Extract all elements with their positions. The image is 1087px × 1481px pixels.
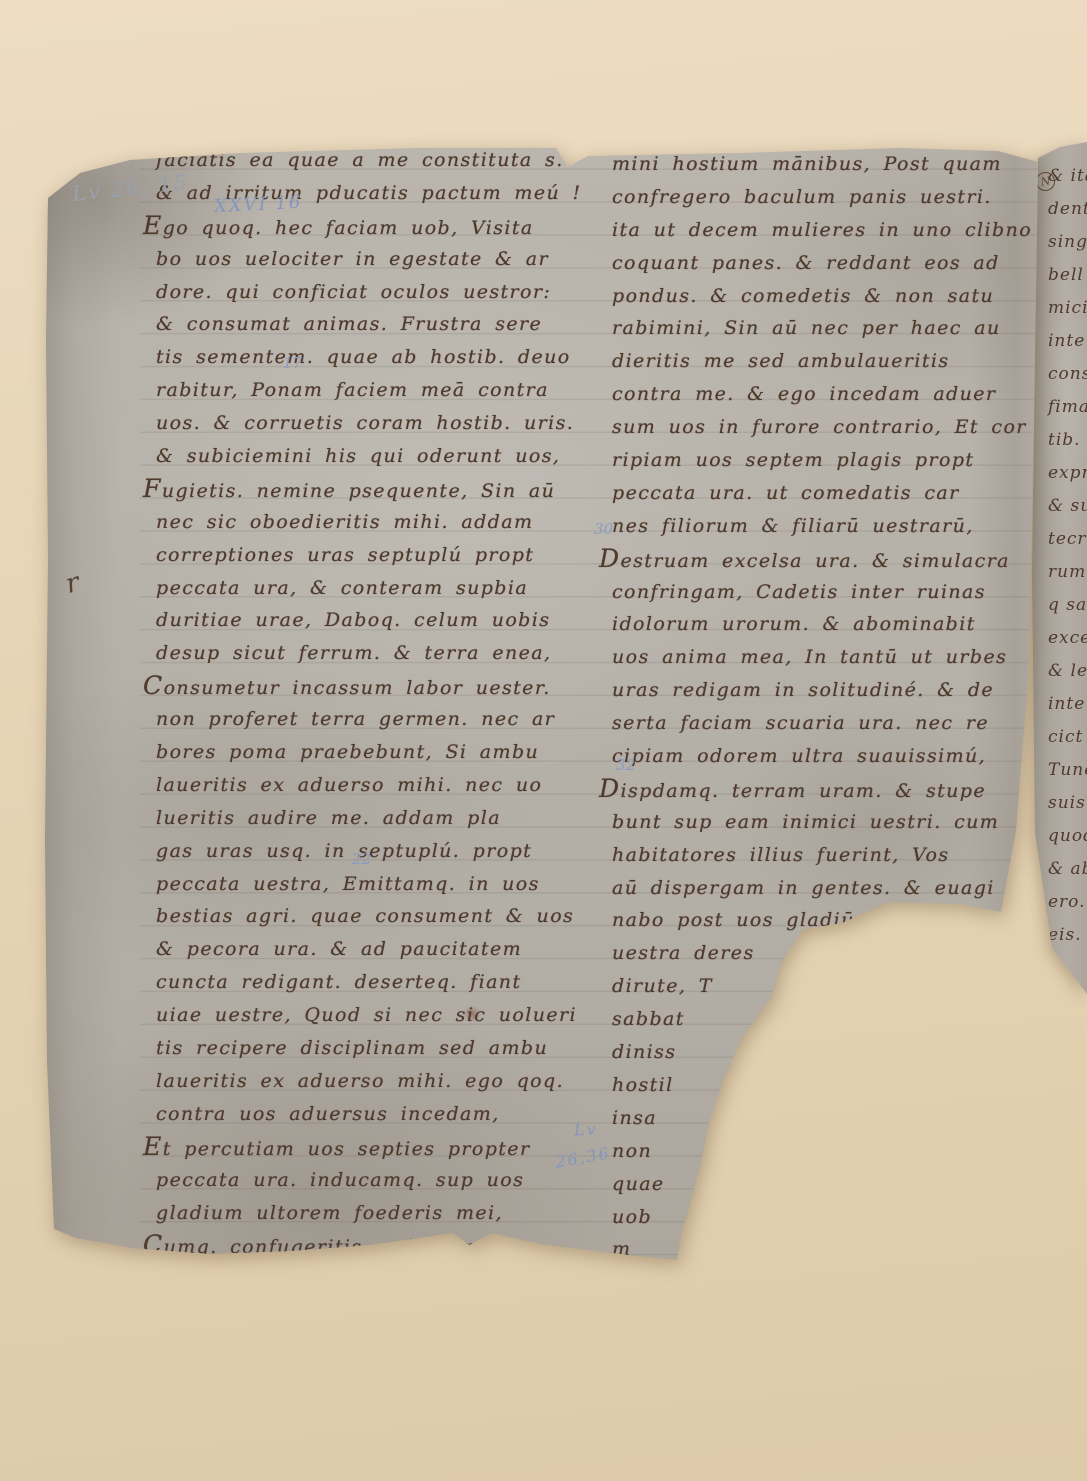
manuscript-text-line: dieritis me sed ambulaueritis (612, 345, 1040, 378)
main-leaf-wrap: faciatis ea quae a me constituta s.& ad … (0, 0, 1087, 1481)
manuscript-text-line: peccata uestra, Emittamq. in uos (156, 868, 611, 901)
manuscript-text-line: desup sicut ferrum. & terra enea, (156, 637, 611, 670)
manuscript-text-line: uob (612, 1201, 1040, 1234)
manuscript-text-line: non (612, 1135, 1040, 1168)
manuscript-text-line: serta faciam scuaria ura. nec re (612, 707, 1040, 740)
verse-number-30: 30 (594, 520, 613, 538)
manuscript-text-line: idolorum urorum. & abominabit (612, 608, 1040, 641)
manuscript-text-line: duritiae urae, Daboq. celum uobis (156, 604, 611, 637)
manuscript-text-line: diniss (612, 1036, 1040, 1069)
manuscript-text-line: uiae uestre, Quod si nec sic uolueri (156, 999, 611, 1032)
manuscript-text-line: sum uos in furore contrario, Et cor (612, 411, 1040, 444)
manuscript-text-line: coquant panes. & reddant eos ad (612, 247, 1040, 280)
verse-number-32: 32 (616, 756, 635, 774)
manuscript-text-line: lueritis audire me. addam pla (156, 802, 611, 835)
manuscript-text-line: quae (612, 1168, 1040, 1201)
manuscript-text-line: tis sementem. quae ab hostib. deuo (156, 341, 611, 374)
manuscript-text-line: bestias agri. quae consument & uos (156, 900, 611, 933)
manuscript-photo: N & itadentsingbellmiciinteconsfimatib.e… (0, 0, 1087, 1481)
manuscript-text-line: nabo post uos gladiū, erit (612, 904, 1040, 937)
manuscript-text-line: hostil (612, 1069, 1040, 1102)
manuscript-text-line: laueritis ex aduerso mihi. nec uo (156, 769, 611, 802)
manuscript-text-line: confregero baculum panis uestri. (612, 181, 1040, 214)
bottom-book-annotation: Lv (574, 1119, 599, 1139)
manuscript-text-line: & pecora ura. & ad paucitatem (156, 933, 611, 966)
manuscript-text-line: Dispdamq. terram uram. & stupe (599, 773, 1040, 806)
manuscript-text-line: Et percutiam uos septies propter (143, 1131, 611, 1164)
manuscript-text-line: laueritis ex aduerso mihi. ego qoq. (156, 1065, 611, 1098)
manuscript-text-line: & subiciemini his qui oderunt uos, (156, 440, 611, 473)
manuscript-text-line: m (612, 1233, 1040, 1266)
manuscript-text-line: uras redigam in solitudiné. & de (612, 674, 1040, 707)
manuscript-text-line: contra me. & ego incedam aduer (612, 378, 1040, 411)
manuscript-text-line: nec sic oboedieritis mihi. addam (156, 506, 611, 539)
manuscript-text-line: bo uos uelociter in egestate & ar (156, 243, 611, 276)
manuscript-text-line: Destruam excelsa ura. & simulacra (599, 543, 1040, 576)
manuscript-text-line: ripiam uos septem plagis propt (612, 444, 1040, 477)
manuscript-text-line: contra uos aduersus incedam, (156, 1098, 611, 1131)
manuscript-text-line: dirute, T (612, 970, 1040, 1003)
manuscript-text-line: rabitur, Ponam faciem meā contra (156, 374, 611, 407)
manuscript-text-line: faciatis ea quae a me constituta s. (156, 144, 611, 177)
manuscript-text-line: confringam, Cadetis inter ruinas (612, 576, 1040, 609)
right-text-column: mini hostium mānibus, Post quamconfreger… (612, 148, 1040, 1266)
manuscript-text-line: ita ut decem mulieres in uno clibno (612, 214, 1040, 247)
manuscript-text-line: non proferet terra germen. nec ar (156, 703, 611, 736)
manuscript-text-line: insa (612, 1102, 1040, 1135)
manuscript-text-line: sabbat (612, 1003, 1040, 1036)
left-text-column: faciatis ea quae a me constituta s.& ad … (156, 144, 611, 1262)
manuscript-text-line: cuncta redigant. deserteq. fiant (156, 966, 611, 999)
verse-number-17: 17 (283, 354, 302, 372)
manuscript-text-line: pondus. & comedetis & non satu (612, 280, 1040, 313)
manuscript-text-line: peccata ura. ut comedatis car (612, 477, 1040, 510)
manuscript-text-line: Fugietis. nemine psequente, Sin aū (143, 473, 611, 506)
manuscript-text-line: Cumq. confugeritis … has mtti (143, 1229, 611, 1262)
manuscript-text-line: uestra deres (612, 937, 1040, 970)
manuscript-text-line: correptiones uras septuplú propt (156, 539, 611, 572)
verse-number-22: 22 (352, 850, 371, 868)
manuscript-text-line: uos. & corruetis coram hostib. uris. (156, 407, 611, 440)
manuscript-text-line: uos anima mea, In tantū ut urbes (612, 641, 1040, 674)
manuscript-text-line: Ego quoq. hec faciam uob, Visita (143, 210, 611, 243)
manuscript-text-line: habitatores illius fuerint, Vos (612, 839, 1040, 872)
manuscript-text-line: rabimini, Sin aū nec per haec au (612, 312, 1040, 345)
manuscript-text-line: bunt sup eam inimici uestri. cum (612, 806, 1040, 839)
manuscript-text-line: aū dispergam in gentes. & euagi (612, 872, 1040, 905)
manuscript-text-line: bores poma praebebunt, Si ambu (156, 736, 611, 769)
manuscript-text-line: peccata ura. inducamq. sup uos (156, 1164, 611, 1197)
margin-ink-mark: r (62, 567, 82, 600)
manuscript-text-line: mini hostium mānibus, Post quam (612, 148, 1040, 181)
manuscript-text-line: Consumetur incassum labor uester. (143, 670, 611, 703)
manuscript-text-line: cipiam odorem ultra suauissimú, (612, 740, 1040, 773)
manuscript-text-line: gladium ultorem foederis mei, (156, 1197, 611, 1230)
main-manuscript-leaf: faciatis ea quae a me constituta s.& ad … (40, 140, 1040, 1270)
manuscript-text-line: gas uras usq. in septuplú. propt (156, 835, 611, 868)
manuscript-text-line: tis recipere disciplinam sed ambu (156, 1032, 611, 1065)
manuscript-text-line: & consumat animas. Frustra sere (156, 308, 611, 341)
manuscript-text-line: peccata ura, & conteram supbia (156, 572, 611, 605)
manuscript-text-line: dore. qui conficiat oculos uestror: (156, 276, 611, 309)
manuscript-text-line: nes filiorum & filiarū uestrarū, (612, 510, 1040, 543)
